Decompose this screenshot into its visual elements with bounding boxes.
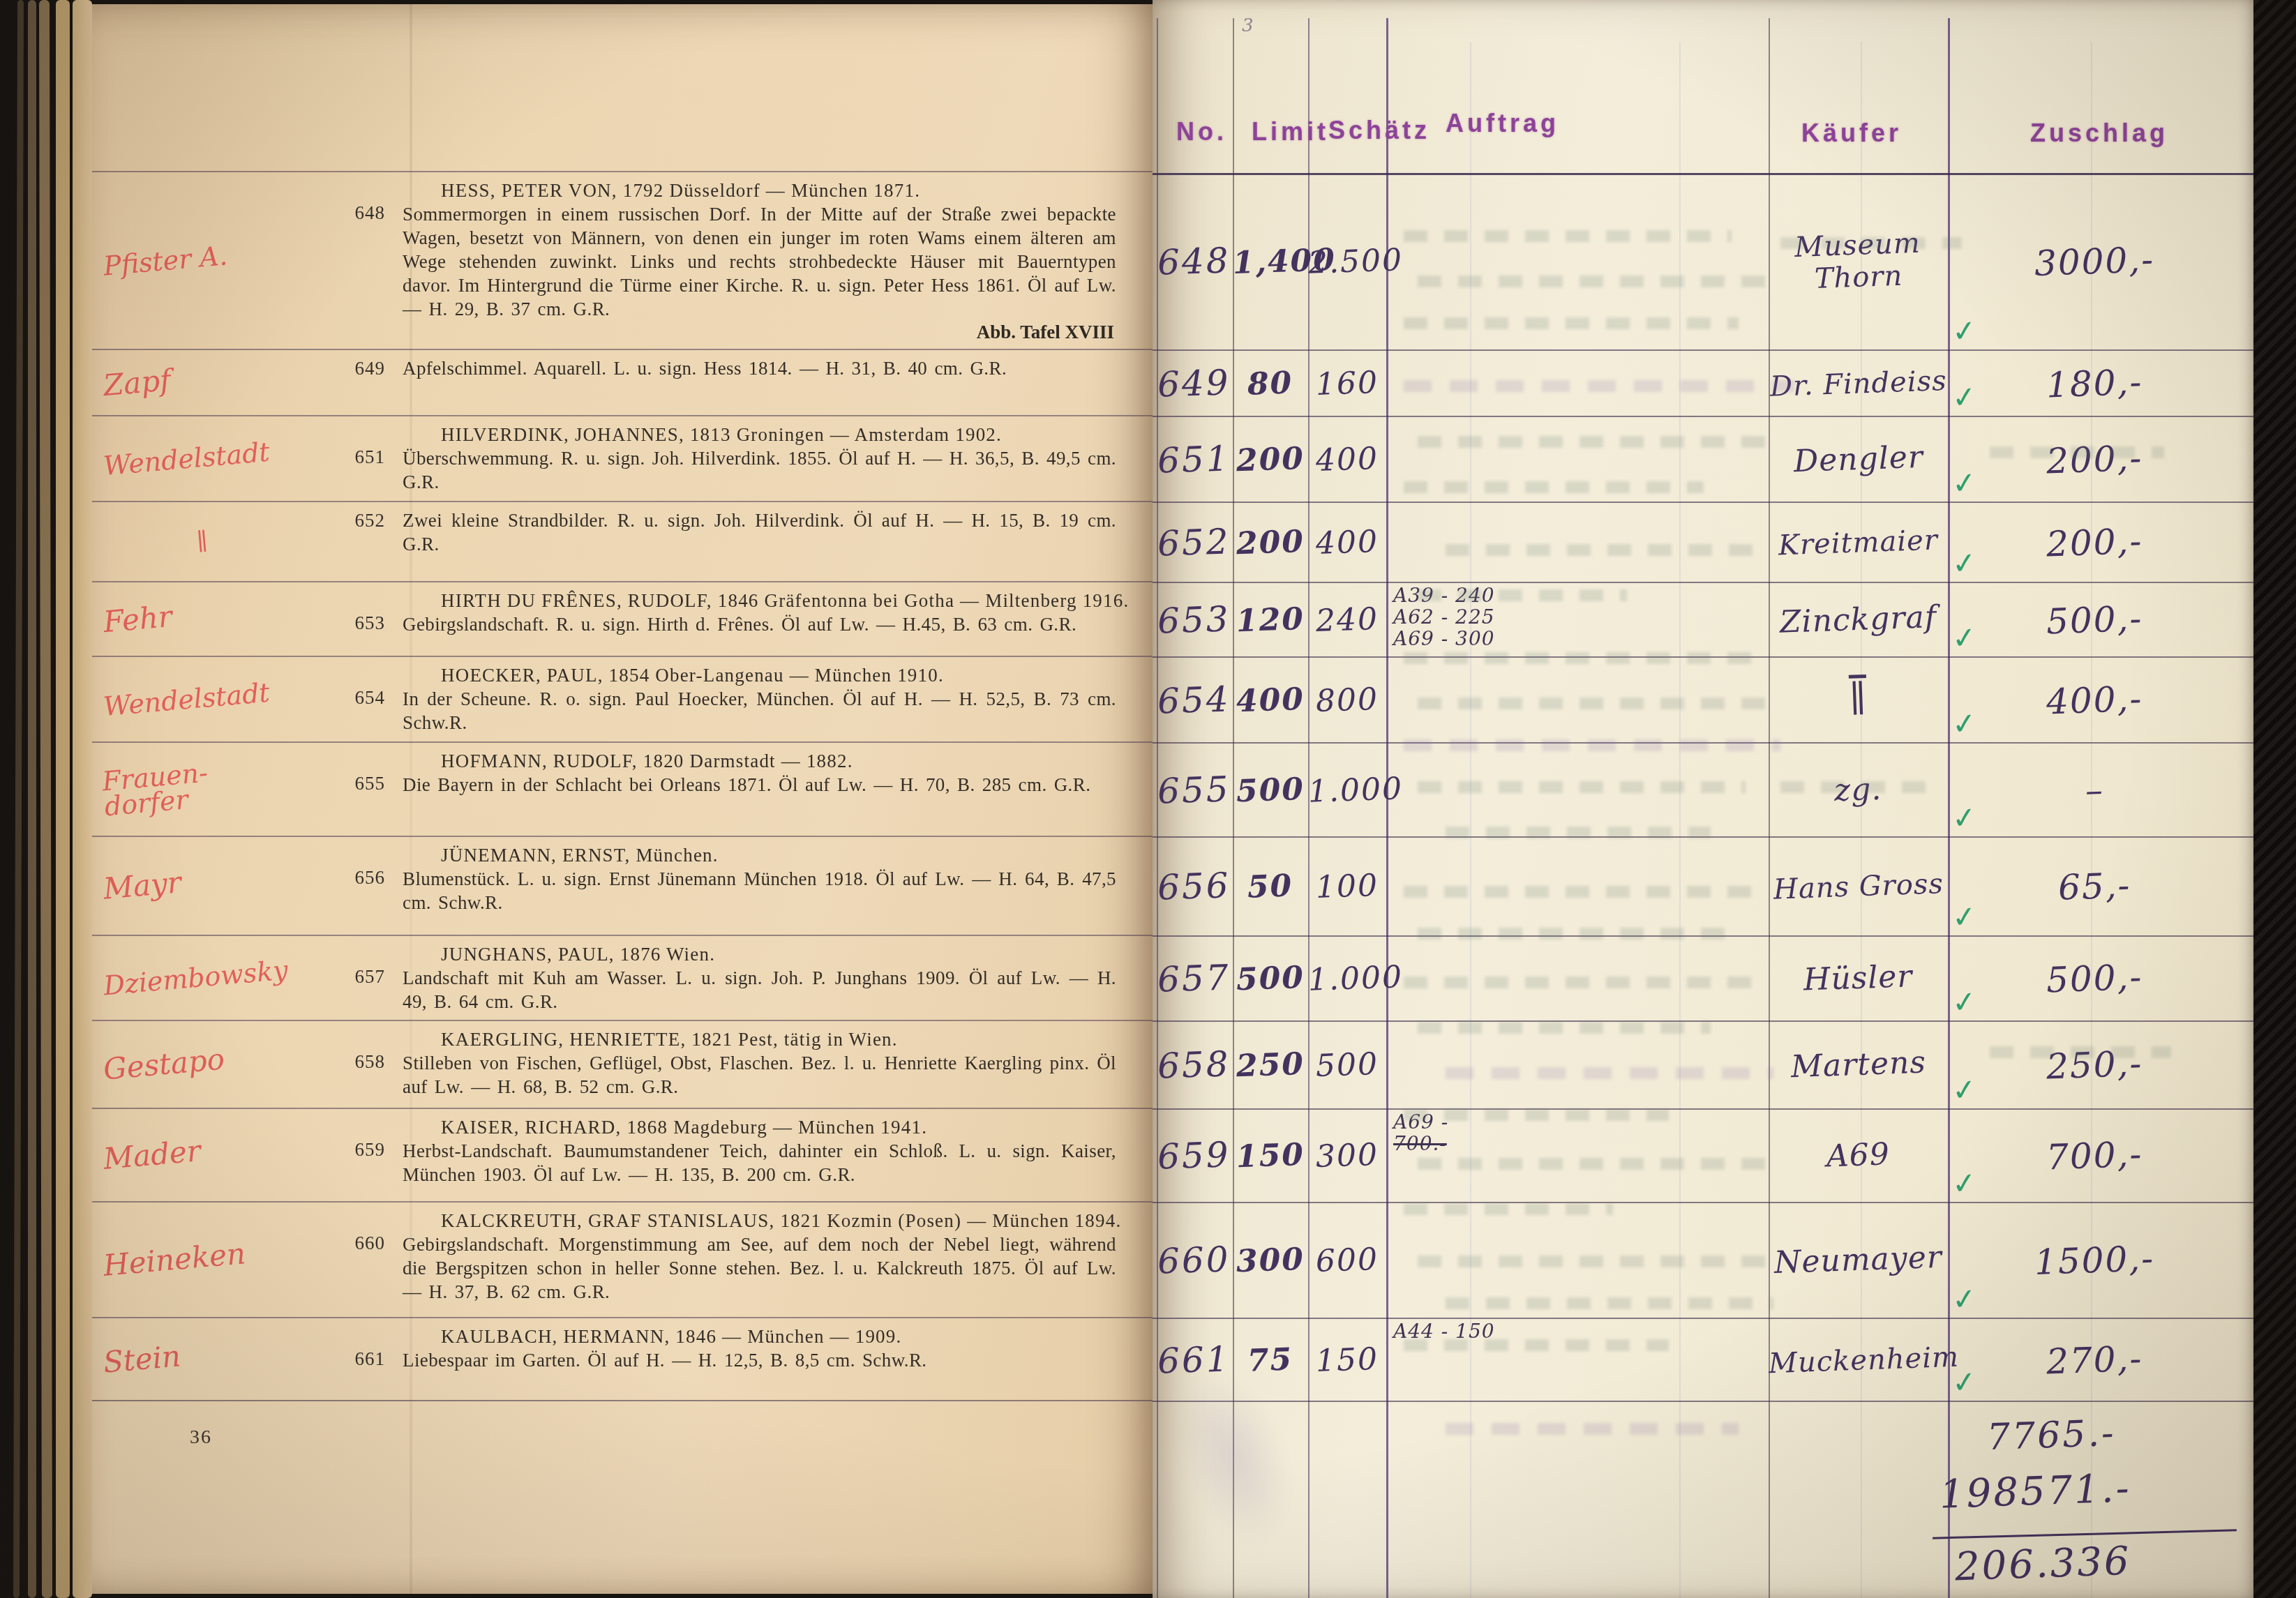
header-limit: Limit <box>1252 117 1329 146</box>
catalog-entry: Pfister A. 648 HESS, PETER VON, 1792 Düs… <box>92 171 1153 349</box>
entry-body: KAISER, RICHARD, 1868 Magdeburg — Münche… <box>403 1115 1116 1186</box>
header-no: No. <box>1176 117 1227 146</box>
header-auftrag: Auftrag <box>1446 109 1559 138</box>
entry-body: KALCKREUTH, GRAF STANISLAUS, 1821 Kozmin… <box>403 1209 1116 1304</box>
bleed-through-text <box>1404 317 1739 329</box>
cell-kaufer: Muckenheim <box>1769 1343 1948 1376</box>
cell-kaufer: Kreitmaier <box>1769 526 1948 559</box>
margin-annotation: Stein <box>102 1342 181 1376</box>
bleed-through-text <box>1404 1203 1613 1215</box>
lot-number: 656 <box>322 867 385 889</box>
cell-schatz: 150 <box>1308 1342 1386 1378</box>
margin-annotation: Gestapo <box>103 1046 226 1084</box>
artist-line: KAERGLING, HENRIETTE, 1821 Pest, tätig i… <box>403 1027 1116 1051</box>
bleed-through-text <box>1418 1022 1711 1034</box>
bleed-through-text <box>1446 827 1711 838</box>
entry-body: KAULBACH, HERMANN, 1846 — München — 1909… <box>403 1325 1116 1372</box>
checkmark-icon: ✓ <box>1951 465 1979 501</box>
lot-description: Landschaft mit Kuh am Wasser. L. u. sign… <box>403 966 1116 1013</box>
checkmark-icon: ✓ <box>1951 1071 1979 1108</box>
ledger-row: 652 200 400 Kreitmaier 200,- ✓ <box>1153 503 2253 583</box>
artist-line: HESS, PETER VON, 1792 Düsseldorf — Münch… <box>403 179 1116 202</box>
cell-no: 653 <box>1153 600 1235 640</box>
cell-no: 654 <box>1153 680 1235 721</box>
bleed-through-text <box>1404 1339 1669 1351</box>
lot-number: 658 <box>322 1051 385 1073</box>
bleed-through-text <box>1404 1109 1669 1121</box>
lot-description: In der Scheune. R. o. sign. Paul Hoecker… <box>403 687 1116 734</box>
cell-no: 657 <box>1153 958 1235 999</box>
cell-schatz: 600 <box>1308 1243 1386 1279</box>
cell-schatz: 500 <box>1308 1048 1386 1083</box>
cell-limit: 120 <box>1233 602 1308 638</box>
catalog-entry: Heineken 660 KALCKREUTH, GRAF STANISLAUS… <box>92 1201 1153 1317</box>
lot-number: 660 <box>322 1233 385 1254</box>
cell-limit: 80 <box>1233 365 1308 401</box>
page-edge-strip <box>28 0 36 1598</box>
catalog-entry: Mader 659 KAISER, RICHARD, 1868 Magdebur… <box>92 1108 1153 1201</box>
artist-line: KAISER, RICHARD, 1868 Magdeburg — Münche… <box>403 1115 1116 1139</box>
artist-line: HOFMANN, RUDOLF, 1820 Darmstadt — 1882. <box>403 749 1116 773</box>
bleed-through-text <box>1418 928 1725 940</box>
cell-schatz: 400 <box>1308 525 1386 560</box>
bleed-through-text <box>1990 1046 2171 1058</box>
margin-annotation: Pfister A. <box>103 243 228 278</box>
cell-limit: 500 <box>1233 961 1308 997</box>
page-edge-strip <box>13 0 24 1598</box>
cell-schatz: 800 <box>1308 682 1386 718</box>
page-edge-strip <box>56 0 70 1598</box>
checkmark-icon: ✓ <box>1951 379 1979 415</box>
artist-line: KALCKREUTH, GRAF STANISLAUS, 1821 Kozmin… <box>403 1209 1116 1233</box>
bleed-through-text <box>1418 589 1627 601</box>
subtotal-value: 7765.- <box>1986 1412 2116 1458</box>
ledger-row: 661 75 150 A44 - 150 Muckenheim 270,- ✓ <box>1153 1319 2253 1402</box>
cell-no: 659 <box>1153 1136 1235 1176</box>
header-zuschlag: Zuschlag <box>2030 119 2168 148</box>
artist-line: HIRTH DU FRÊNES, RUDOLF, 1846 Gräfentonn… <box>403 589 1116 612</box>
checkmark-icon: ✓ <box>1951 1364 1979 1400</box>
entry-body: HESS, PETER VON, 1792 Düsseldorf — Münch… <box>403 179 1116 321</box>
bleed-through-text <box>1990 446 2164 458</box>
cell-schatz: 400 <box>1308 442 1386 477</box>
entry-body: HILVERDINK, JOHANNES, 1813 Groningen — A… <box>403 423 1116 494</box>
bleed-through-text <box>1418 1256 1780 1267</box>
cell-schatz: 300 <box>1308 1138 1386 1174</box>
header-schatz: Schätz <box>1328 116 1430 145</box>
cell-no: 655 <box>1153 770 1235 811</box>
grand-total-value: 206.336 <box>1954 1539 2132 1590</box>
cell-limit: 50 <box>1233 869 1308 905</box>
bleed-through-text <box>1404 977 1753 988</box>
cell-zuschlag: 1500,- <box>1955 1240 2234 1281</box>
cell-zuschlag: 500,- <box>1955 600 2234 640</box>
scanned-auction-catalog-spread: Pfister A. 648 HESS, PETER VON, 1792 Düs… <box>0 0 2296 1598</box>
cell-zuschlag: – <box>1955 770 2234 811</box>
cell-zuschlag: 500,- <box>1955 958 2234 999</box>
ledger-row: 653 120 240 A39 - 240A62 - 225A69 - 300 … <box>1153 583 2253 658</box>
cell-limit: 250 <box>1233 1048 1308 1083</box>
corner-pencil-mark: 3 <box>1242 15 1254 36</box>
lot-number: 654 <box>322 687 385 709</box>
checkmark-icon: ✓ <box>1951 1281 1979 1317</box>
catalog-entry: Gestapo 658 KAERGLING, HENRIETTE, 1821 P… <box>92 1020 1153 1108</box>
bleed-through-text <box>1404 652 1766 664</box>
cell-schatz: 160 <box>1308 365 1386 401</box>
cell-zuschlag: 180,- <box>1955 363 2234 404</box>
catalog-entry: Stein 661 KAULBACH, HERMANN, 1846 — Münc… <box>92 1317 1153 1400</box>
lot-description: Stilleben von Fischen, Geflügel, Obst, F… <box>403 1051 1116 1099</box>
lot-description: Apfelschimmel. Aquarell. L. u. sign. Hes… <box>403 356 1116 380</box>
catalog-entry: Wendelstadt 651 HILVERDINK, JOHANNES, 18… <box>92 415 1153 501</box>
artist-line: HILVERDINK, JOHANNES, 1813 Groningen — A… <box>403 423 1116 446</box>
cell-kaufer: Dengler <box>1769 443 1948 475</box>
margin-annotation: Mader <box>103 1137 202 1173</box>
catalog-entry: Zapf 649 Apfelschimmel. Aquarell. L. u. … <box>92 349 1153 415</box>
margin-annotation: ∥ <box>196 530 209 554</box>
cell-zuschlag: 3000,- <box>1955 241 2234 282</box>
artist-line: JUNGHANS, PAUL, 1876 Wien. <box>403 942 1116 966</box>
page-number: 36 <box>190 1426 212 1449</box>
cell-zuschlag: 200,- <box>1955 439 2234 480</box>
cell-kaufer: Dr. Findeiss <box>1769 367 1948 400</box>
checkmark-icon: ✓ <box>1951 619 1979 656</box>
checkmark-icon: ✓ <box>1951 799 1979 836</box>
artist-line: HOECKER, PAUL, 1854 Ober-Langenau — Münc… <box>403 663 1116 687</box>
lot-description: Zwei kleine Strandbilder. R. u. sign. Jo… <box>403 508 1116 556</box>
checkmark-icon: ✓ <box>1951 705 1979 741</box>
margin-annotation: Zapf <box>102 365 172 399</box>
cell-no: 651 <box>1153 439 1235 480</box>
page-edge-strip <box>73 0 92 1598</box>
catalog-page: Pfister A. 648 HESS, PETER VON, 1792 Düs… <box>92 4 1153 1594</box>
checkmark-icon: ✓ <box>1951 1165 1979 1201</box>
bleed-through-text <box>1404 739 1780 751</box>
cell-no: 649 <box>1153 363 1235 404</box>
checkmark-icon: ✓ <box>1951 898 1979 935</box>
checkmark-icon: ✓ <box>1951 312 1979 349</box>
catalog-entries: Pfister A. 648 HESS, PETER VON, 1792 Düs… <box>92 171 1153 1401</box>
bleed-through-text <box>1404 380 1794 392</box>
cell-no: 652 <box>1153 522 1235 563</box>
entry-body: HOFMANN, RUDOLF, 1820 Darmstadt — 1882. … <box>403 749 1116 797</box>
bleed-through-text <box>1418 436 1766 448</box>
entry-body: HOECKER, PAUL, 1854 Ober-Langenau — Münc… <box>403 663 1116 734</box>
catalog-entry: Frauen- dorfer 655 HOFMANN, RUDOLF, 1820… <box>92 741 1153 836</box>
artist-line: KAULBACH, HERMANN, 1846 — München — 1909… <box>403 1325 1116 1348</box>
bleed-through-text <box>1446 1423 1739 1435</box>
cell-kaufer: Hüsler <box>1769 963 1948 995</box>
entry-body: JUNGHANS, PAUL, 1876 Wien. Landschaft mi… <box>403 942 1116 1013</box>
cell-limit: 200 <box>1233 525 1308 560</box>
lot-number: 657 <box>322 966 385 988</box>
cell-zuschlag: 65,- <box>1955 866 2234 907</box>
cell-limit: 150 <box>1233 1138 1308 1174</box>
cell-limit: 500 <box>1233 772 1308 808</box>
margin-annotation: Dziembowsky <box>103 957 289 998</box>
lot-description: Blumenstück. L. u. sign. Ernst Jünemann … <box>403 867 1116 914</box>
cell-schatz: 1.000 <box>1308 772 1386 808</box>
entry-body: JÜNEMANN, ERNST, München. Blumenstück. L… <box>403 843 1116 914</box>
margin-annotation: Fehr <box>102 602 173 635</box>
cell-limit: 1,400 <box>1233 243 1308 279</box>
page-edge-strip <box>39 0 52 1598</box>
cell-zuschlag: 400,- <box>1955 680 2234 721</box>
cell-no: 648 <box>1153 241 1235 282</box>
lot-number: 653 <box>322 612 385 634</box>
catalog-entry: Wendelstadt 654 HOECKER, PAUL, 1854 Ober… <box>92 656 1153 741</box>
entry-body: KAERGLING, HENRIETTE, 1821 Pest, tätig i… <box>403 1027 1116 1099</box>
catalog-entry: Dziembowsky 657 JUNGHANS, PAUL, 1876 Wie… <box>92 935 1153 1020</box>
entry-body: Apfelschimmel. Aquarell. L. u. sign. Hes… <box>403 356 1116 380</box>
ledger-page: 3 No. Limit Schätz Auftrag Käufer Zuschl… <box>1153 0 2253 1598</box>
margin-annotation: Wendelstadt <box>103 679 271 719</box>
lot-description: Sommermorgen in einem russischen Dorf. I… <box>403 202 1116 321</box>
cell-no: 660 <box>1153 1240 1235 1281</box>
lot-description: Die Bayern in der Schlacht bei Orleans 1… <box>403 773 1116 797</box>
cell-schatz: 100 <box>1308 869 1386 905</box>
bleed-through-text <box>1418 781 1746 793</box>
cell-zuschlag: 700,- <box>1955 1136 2234 1176</box>
ledger-row: 659 150 300 A69 - 700.- A69 700,- ✓ <box>1153 1110 2253 1203</box>
checkmark-icon: ✓ <box>1951 983 1979 1020</box>
cell-kaufer: Neumayer <box>1769 1244 1948 1276</box>
cell-zuschlag: 270,- <box>1955 1340 2234 1380</box>
book-cover-edge <box>2253 0 2296 1598</box>
cell-no: 658 <box>1153 1045 1235 1085</box>
checkmark-icon: ✓ <box>1951 545 1979 581</box>
lot-number: 659 <box>322 1139 385 1161</box>
cell-limit: 75 <box>1233 1342 1308 1378</box>
lot-number: 648 <box>322 202 385 224</box>
cell-schatz: 240 <box>1308 602 1386 638</box>
cell-schatz: 2.500 <box>1308 243 1386 279</box>
bleed-through-text <box>1418 276 1780 287</box>
lot-number: 652 <box>322 510 385 532</box>
bleed-through-text <box>1446 1297 1773 1309</box>
cell-kaufer: ∥ <box>1769 683 1948 717</box>
bleed-through-text <box>1404 886 1766 898</box>
ledger-row: 658 250 500 Martens 250,- ✓ <box>1153 1022 2253 1110</box>
cell-limit: 200 <box>1233 442 1308 477</box>
cell-kaufer: Hans Gross <box>1769 870 1948 903</box>
bleed-through-text <box>1404 230 1732 242</box>
cell-limit: 400 <box>1233 682 1308 718</box>
lot-description: Liebespaar im Garten. Öl auf H. — H. 12,… <box>403 1348 1116 1372</box>
catalog-entry: Mayr 656 JÜNEMANN, ERNST, München. Blume… <box>92 836 1153 935</box>
cell-kaufer: Zinckgraf <box>1769 603 1948 635</box>
header-kaufer: Käufer <box>1801 119 1902 148</box>
bleed-through-text <box>1418 698 1766 709</box>
margin-annotation: Frauen- dorfer <box>101 760 211 819</box>
cell-no: 656 <box>1153 866 1235 907</box>
cell-kaufer: A69 <box>1769 1140 1948 1172</box>
catalog-entry: Fehr 653 HIRTH DU FRÊNES, RUDOLF, 1846 G… <box>92 581 1153 656</box>
plate-reference: Abb. Tafel XVIII <box>977 322 1114 343</box>
cell-zuschlag: 200,- <box>1955 522 2234 563</box>
bleed-through-text <box>1418 1158 1766 1170</box>
artist-line: JÜNEMANN, ERNST, München. <box>403 843 1116 867</box>
margin-annotation: Heineken <box>103 1239 247 1280</box>
lot-number: 649 <box>322 358 385 379</box>
totals-rule <box>1933 1529 2237 1539</box>
lot-number: 655 <box>322 773 385 794</box>
margin-annotation: Mayr <box>102 868 182 903</box>
lot-description: Gebirgslandschaft. Morgenstimmung am See… <box>403 1233 1116 1304</box>
bleed-through-text <box>1446 544 1766 556</box>
bleed-through-text <box>1446 1067 1773 1079</box>
cell-kaufer: Martens <box>1769 1049 1948 1081</box>
bleed-through-text <box>1780 781 1934 793</box>
bleed-through-text <box>1780 237 1962 249</box>
catalog-entry: ∥ 652 Zwei kleine Strandbilder. R. u. si… <box>92 501 1153 581</box>
lot-description: Gebirgslandschaft. R. u. sign. Hirth d. … <box>403 612 1116 636</box>
lot-description: Überschwemmung. R. u. sign. Joh. Hilverd… <box>403 446 1116 494</box>
lot-number: 661 <box>322 1348 385 1370</box>
cell-limit: 300 <box>1233 1243 1308 1279</box>
subtotal-value: 198571.- <box>1939 1465 2132 1518</box>
lot-number: 651 <box>322 446 385 468</box>
margin-annotation: Wendelstadt <box>103 439 271 478</box>
lot-description: Herbst-Landschaft. Baumumstandener Teich… <box>403 1139 1116 1186</box>
cell-schatz: 1.000 <box>1308 961 1386 997</box>
entry-body: HIRTH DU FRÊNES, RUDOLF, 1846 Gräfentonn… <box>403 589 1116 636</box>
entry-body: Zwei kleine Strandbilder. R. u. sign. Jo… <box>403 508 1116 556</box>
bleed-through-text <box>1404 481 1704 493</box>
